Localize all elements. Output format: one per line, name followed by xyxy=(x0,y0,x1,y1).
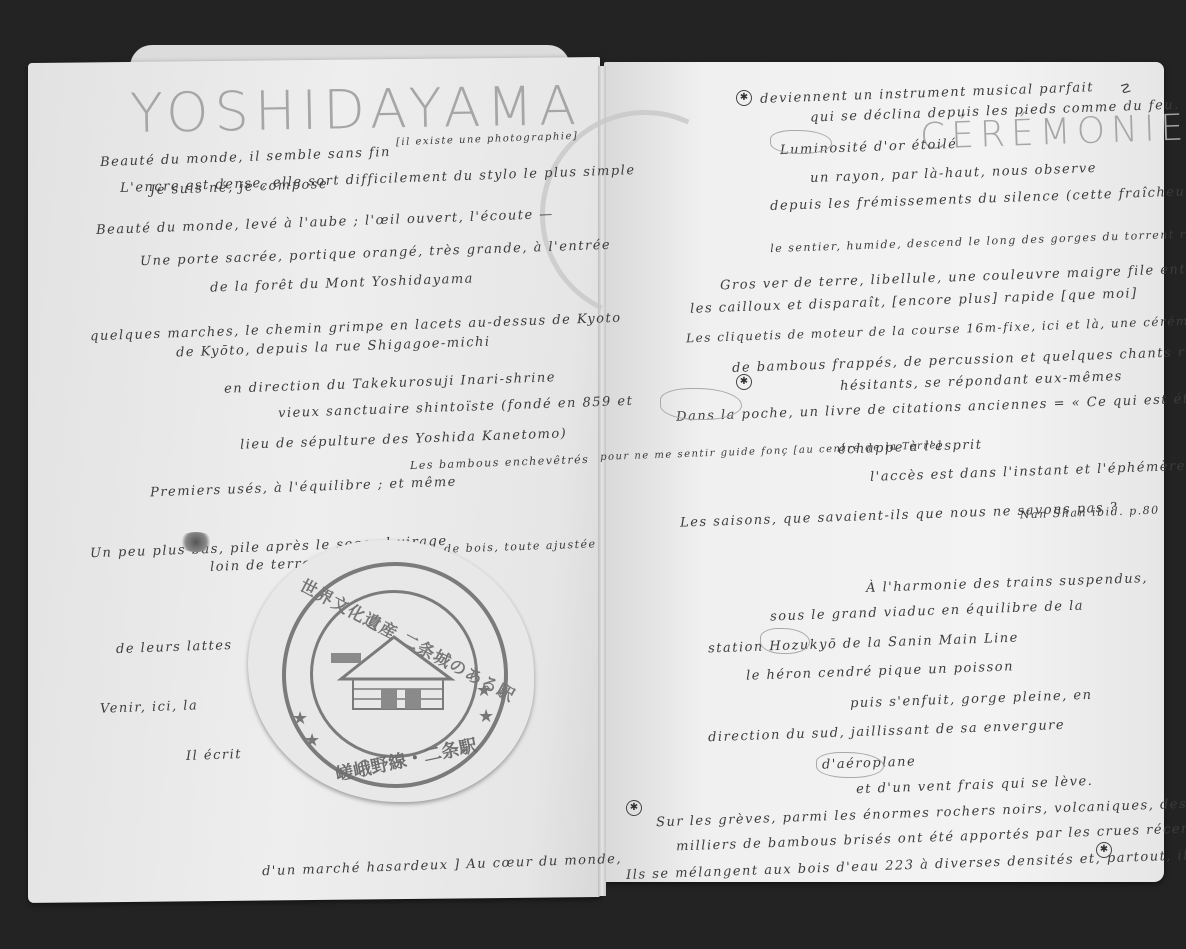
pencil-bubble xyxy=(770,130,832,154)
star-icon: ★ xyxy=(478,706,494,727)
page-mark: ☡ xyxy=(1120,82,1134,97)
hw-line: Il écrit xyxy=(186,747,242,764)
asterisk-mark-icon: ✱ xyxy=(626,800,642,816)
star-icon: ★ xyxy=(476,680,492,701)
star-icon: ★ xyxy=(292,708,308,729)
asterisk-mark-icon: ✱ xyxy=(1096,842,1112,858)
pencil-bubble xyxy=(660,388,742,420)
ink-smudge xyxy=(178,532,214,552)
asterisk-mark-icon: ✱ xyxy=(736,374,752,390)
star-icon: ★ xyxy=(304,730,320,751)
pencil-bubble xyxy=(760,628,810,654)
pencil-bubble xyxy=(816,752,884,778)
asterisk-mark-icon: ✱ xyxy=(736,90,752,106)
